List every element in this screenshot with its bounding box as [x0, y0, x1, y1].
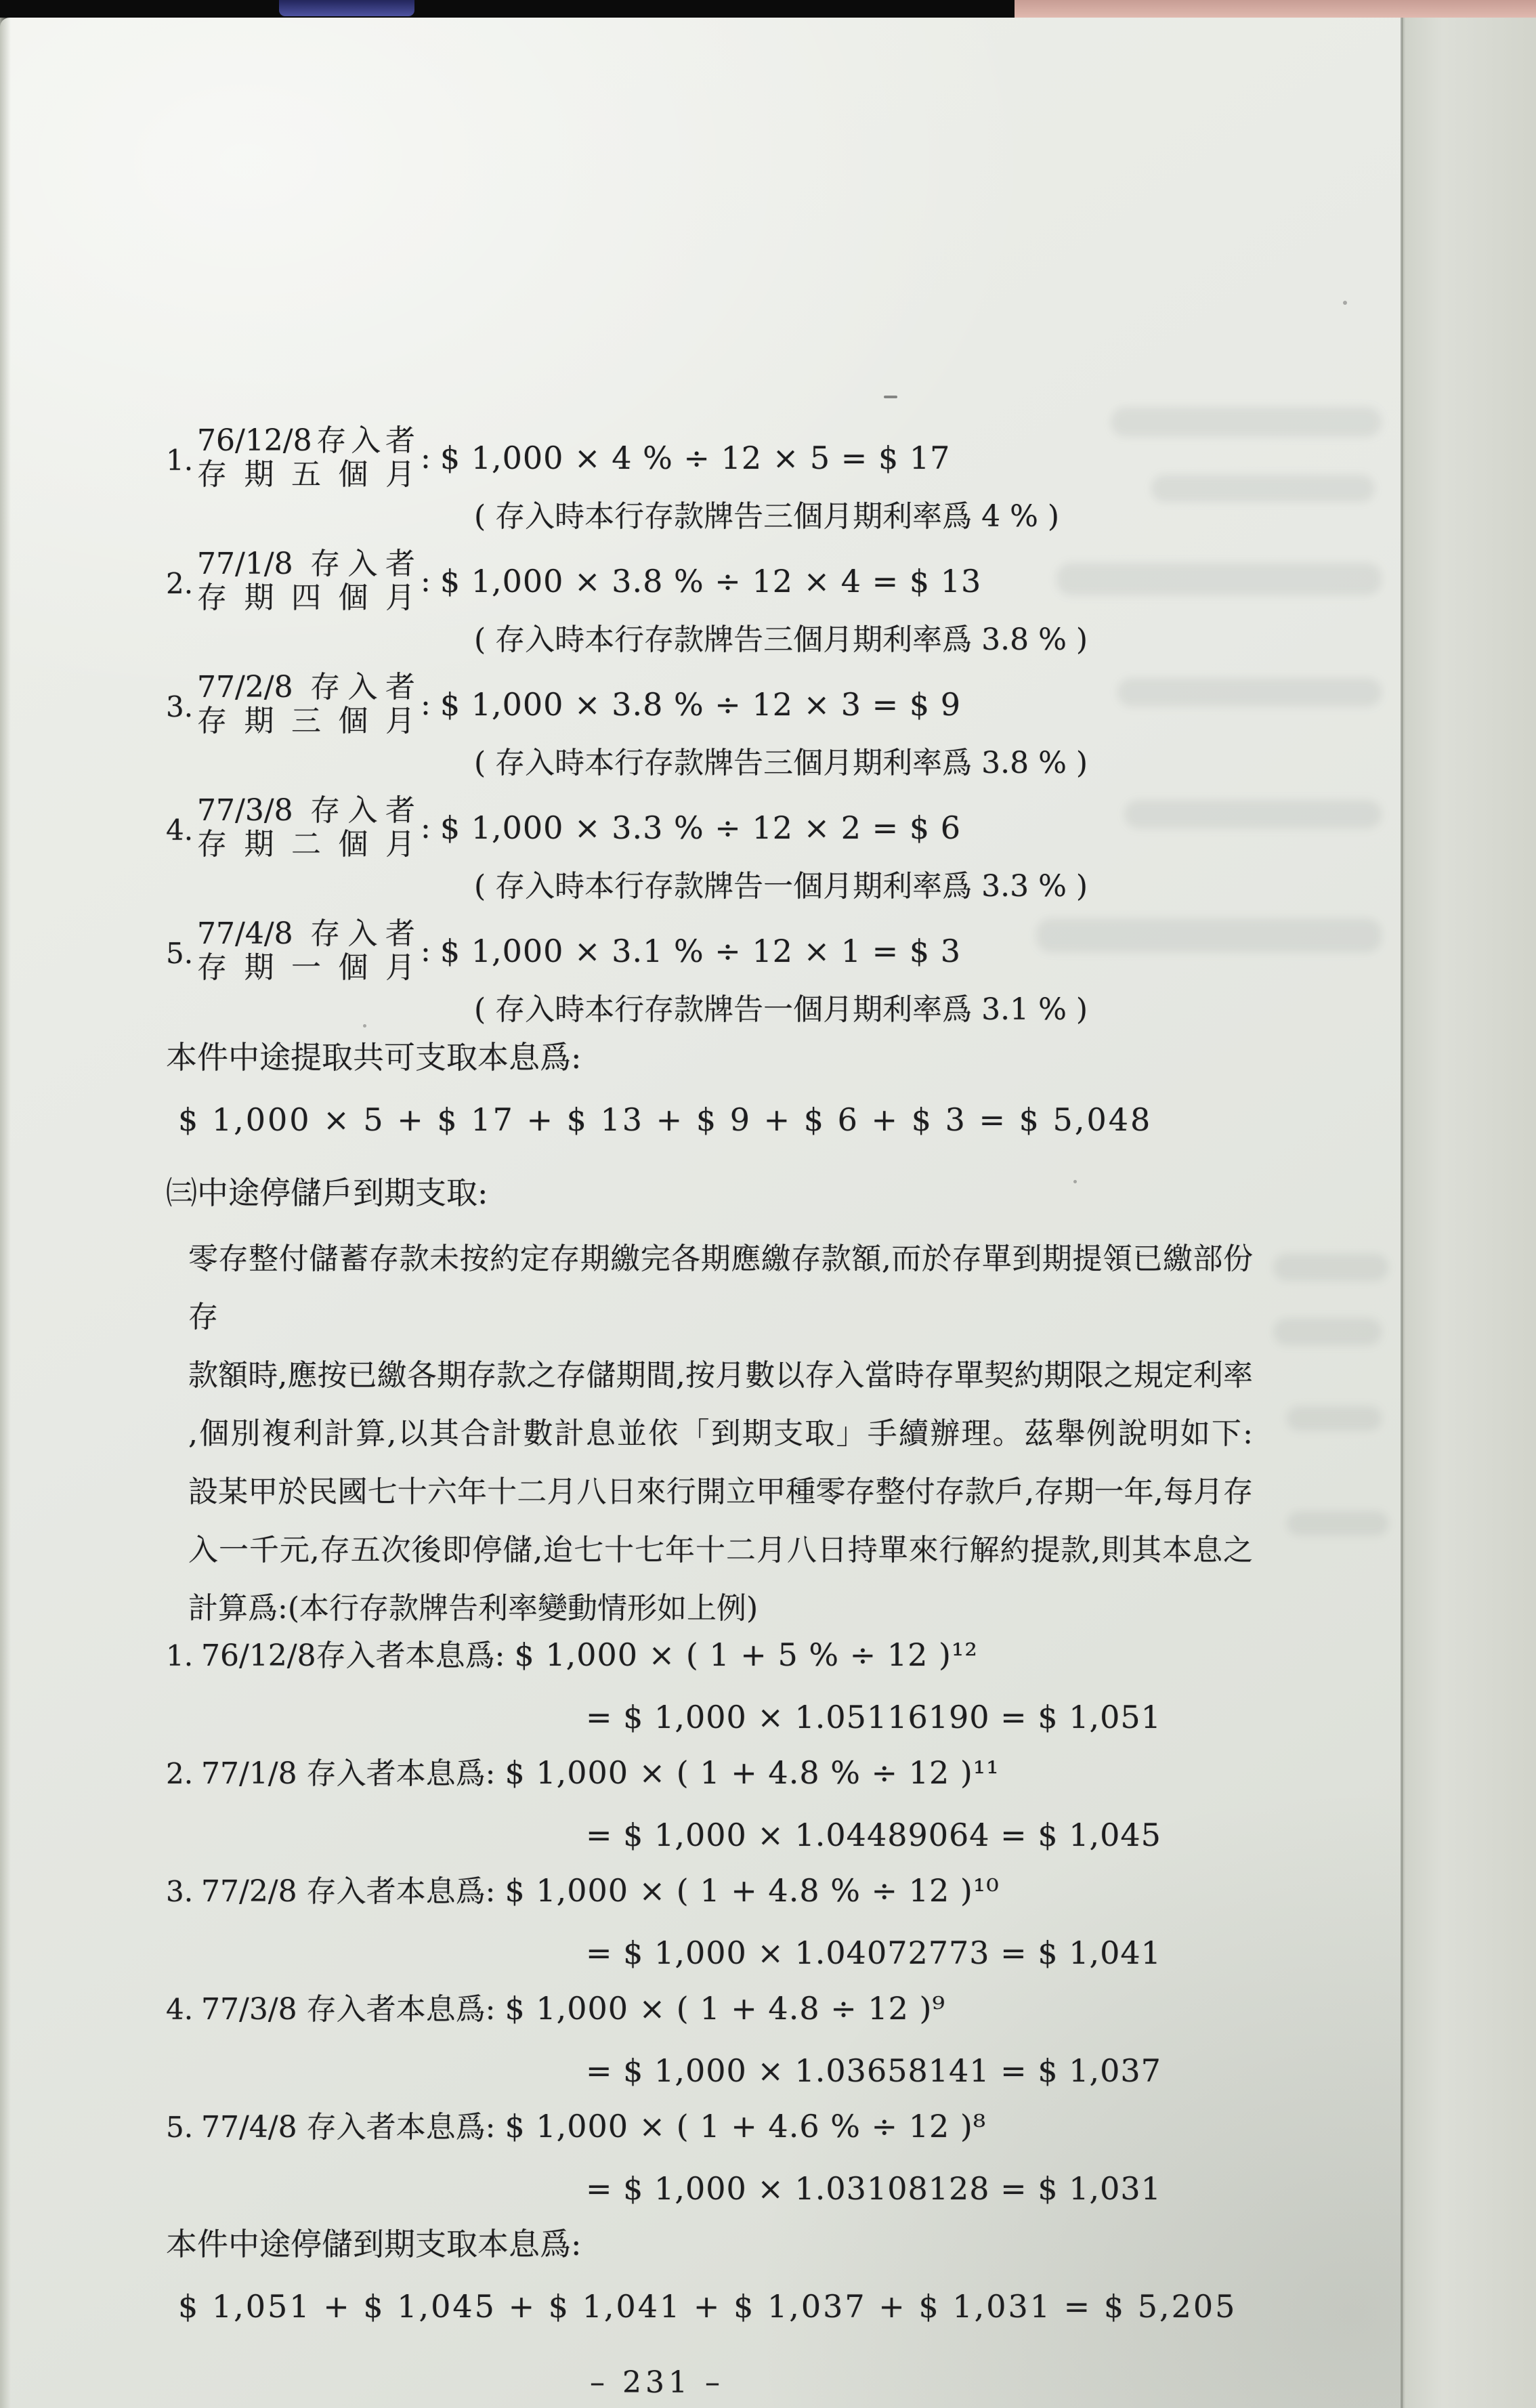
compound-result: = $ 1,000 × 1.03658141 = $ 1,037 — [586, 2054, 1250, 2088]
posted-rate-note: ( 存入時本行存款牌告三個月期利率爲 3.8 % ) — [474, 623, 1250, 657]
part1-summary-formula: $ 1,000 × 5 + $ 17 + $ 13 + $ 9 + $ 6 + … — [178, 1103, 1250, 1137]
deposit-date-line: 77/1/8 存入者 — [197, 547, 415, 581]
item-number: 3. — [166, 686, 197, 723]
deposit-item-label: 77/2/8 存入者 存期三個月 — [197, 671, 415, 738]
deposit-item-4: 4. 77/3/8 存入者 存期二個月 : $ 1,000 × 3.3 % ÷ … — [166, 794, 1250, 904]
maturity-item-4: 4. 77/3/8 存入者本息爲: $ 1,000 × ( 1 + 4.8 ÷ … — [166, 1991, 1250, 2088]
deposit-item-3: 3. 77/2/8 存入者 存期三個月 : $ 1,000 × 3.8 % ÷ … — [166, 671, 1250, 780]
compound-result: = $ 1,000 × 1.04489064 = $ 1,045 — [586, 1818, 1250, 1852]
page-text-block: 1. 76/12/8存入者 存期五個月 : $ 1,000 × 4 % ÷ 12… — [166, 407, 1250, 2400]
compound-result: = $ 1,000 × 1.04072773 = $ 1,041 — [586, 1936, 1250, 1970]
bleed-through-mark — [1287, 1406, 1382, 1431]
paragraph-line: 零存整付儲蓄存款未按約定存期繳完各期應繳存款額,而於存單到期提領已繳部份存 — [188, 1230, 1253, 1347]
paragraph-line: 入一千元,存五次後即停儲,迨七十七年十二月八日持單來行解約提款,則其本息之 — [188, 1521, 1253, 1580]
item-number: 3. — [166, 1875, 201, 1909]
page-number: – 231 – — [166, 2365, 1250, 2400]
deposit-date-line: 77/4/8 存入者 — [197, 917, 415, 951]
part2-summary-formula: $ 1,051 + $ 1,045 + $ 1,041 + $ 1,037 + … — [178, 2289, 1250, 2323]
item-number: 1. — [166, 1639, 201, 1673]
label-colon: : — [421, 934, 431, 969]
item-number: 2. — [166, 563, 197, 599]
deposit-item-label: 77/3/8 存入者 存期二個月 — [197, 794, 415, 862]
label-colon: : — [421, 564, 431, 599]
deposit-period-line: 存期五個月 — [197, 458, 415, 492]
item-number: 2. — [166, 1757, 201, 1791]
section-3-marker: ㈢ — [166, 1175, 197, 1211]
maturity-item-label: 77/1/8 存入者本息爲: — [201, 1757, 495, 1791]
part2-summary-title: 本件中途停儲到期支取本息爲: — [166, 2227, 1250, 2261]
item-number: 4. — [166, 1993, 201, 2027]
maturity-item-row: 1. 76/12/8存入者本息爲: $ 1,000 × ( 1 + 5 % ÷ … — [166, 1638, 1250, 1673]
deposit-date-line: 76/12/8存入者 — [197, 424, 415, 458]
maturity-item-1: 1. 76/12/8存入者本息爲: $ 1,000 × ( 1 + 5 % ÷ … — [166, 1638, 1250, 1734]
interest-formula: $ 1,000 × 3.8 % ÷ 12 × 3 = $ 9 — [440, 686, 961, 723]
maturity-item-row: 3. 77/2/8 存入者本息爲: $ 1,000 × ( 1 + 4.8 % … — [166, 1874, 1250, 1909]
deposit-item-row: 4. 77/3/8 存入者 存期二個月 : $ 1,000 × 3.3 % ÷ … — [166, 794, 1250, 862]
left-page-edge — [0, 18, 11, 2408]
maturity-item-label: 76/12/8存入者本息爲: — [201, 1639, 505, 1673]
stray-ink-mark — [884, 396, 897, 398]
maturity-item-label: 77/3/8 存入者本息爲: — [201, 1993, 495, 2027]
deposit-item-row: 1. 76/12/8存入者 存期五個月 : $ 1,000 × 4 % ÷ 12… — [166, 424, 1250, 492]
section-3-paragraph: 零存整付儲蓄存款未按約定存期繳完各期應繳存款額,而於存單到期提領已繳部份存 款額… — [166, 1230, 1250, 1638]
deposit-period-line: 存期三個月 — [197, 704, 415, 738]
deposit-item-label: 77/1/8 存入者 存期四個月 — [197, 547, 415, 615]
maturity-item-row: 4. 77/3/8 存入者本息爲: $ 1,000 × ( 1 + 4.8 ÷ … — [166, 1991, 1250, 2027]
compound-formula: $ 1,000 × ( 1 + 4.8 % ÷ 12 )¹⁰ — [505, 1874, 999, 1907]
right-page-stack-edge — [1402, 18, 1536, 2408]
posted-rate-note: ( 存入時本行存款牌告一個月期利率爲 3.1 % ) — [474, 993, 1250, 1027]
compound-formula: $ 1,000 × ( 1 + 4.8 ÷ 12 )⁹ — [505, 1991, 945, 2025]
paragraph-line: 款額時,應按已繳各期存款之存儲期間,按月數以存入當時存單契約期限之規定利率 — [188, 1347, 1253, 1405]
bleed-through-mark — [1273, 1254, 1388, 1281]
item-number: 5. — [166, 2111, 201, 2145]
interest-formula: $ 1,000 × 3.3 % ÷ 12 × 2 = $ 6 — [440, 809, 961, 846]
item-number: 4. — [166, 809, 197, 846]
interest-formula: $ 1,000 × 3.1 % ÷ 12 × 1 = $ 3 — [440, 933, 961, 969]
paper-page: 1. 76/12/8存入者 存期五個月 : $ 1,000 × 4 % ÷ 12… — [0, 18, 1536, 2408]
deposit-item-label: 76/12/8存入者 存期五個月 — [197, 424, 415, 492]
dust-speck — [1343, 301, 1347, 305]
posted-rate-note: ( 存入時本行存款牌告三個月期利率爲 4 % ) — [474, 500, 1250, 534]
maturity-item-label: 77/4/8 存入者本息爲: — [201, 2111, 495, 2145]
part1-summary-title: 本件中途提取共可支取本息爲: — [166, 1040, 1250, 1074]
label-colon: : — [421, 688, 431, 722]
section-3-heading-text: 中途停儲戶到期支取: — [197, 1175, 488, 1211]
deposit-period-line: 存期四個月 — [197, 581, 415, 615]
maturity-item-2: 2. 77/1/8 存入者本息爲: $ 1,000 × ( 1 + 4.8 % … — [166, 1756, 1250, 1852]
label-colon: : — [421, 811, 431, 845]
scanned-book-page: { "colors": { "paper": "#e7e9e4", "ink":… — [0, 0, 1536, 2408]
book-spine-blue — [279, 0, 414, 16]
bleed-through-mark — [1273, 1318, 1382, 1345]
compound-formula: $ 1,000 × ( 1 + 4.8 % ÷ 12 )¹¹ — [505, 1756, 999, 1790]
maturity-item-3: 3. 77/2/8 存入者本息爲: $ 1,000 × ( 1 + 4.8 % … — [166, 1874, 1250, 1970]
bleed-through-mark — [1287, 1511, 1388, 1536]
maturity-item-row: 5. 77/4/8 存入者本息爲: $ 1,000 × ( 1 + 4.6 % … — [166, 2109, 1250, 2145]
interest-formula: $ 1,000 × 3.8 % ÷ 12 × 4 = $ 13 — [440, 563, 981, 599]
paragraph-line: 計算爲:(本行存款牌告利率變動情形如上例) — [188, 1580, 1253, 1638]
right-page-edge-line — [1401, 18, 1403, 2408]
deposit-item-2: 2. 77/1/8 存入者 存期四個月 : $ 1,000 × 3.8 % ÷ … — [166, 547, 1250, 657]
maturity-item-label: 77/2/8 存入者本息爲: — [201, 1875, 495, 1909]
deposit-period-line: 存期二個月 — [197, 828, 415, 862]
deposit-date-line: 77/3/8 存入者 — [197, 794, 415, 828]
section-3-heading: ㈢中途停儲戶到期支取: — [166, 1176, 1250, 1210]
deposit-item-row: 5. 77/4/8 存入者 存期一個月 : $ 1,000 × 3.1 % ÷ … — [166, 917, 1250, 985]
label-colon: : — [421, 441, 431, 476]
deposit-item-row: 2. 77/1/8 存入者 存期四個月 : $ 1,000 × 3.8 % ÷ … — [166, 547, 1250, 615]
deposit-item-row: 3. 77/2/8 存入者 存期三個月 : $ 1,000 × 3.8 % ÷ … — [166, 671, 1250, 738]
compound-result: = $ 1,000 × 1.05116190 = $ 1,051 — [586, 1700, 1250, 1734]
deposit-item-label: 77/4/8 存入者 存期一個月 — [197, 917, 415, 985]
paragraph-line: ,個別複利計算,以其合計數計息並依「到期支取」手續辦理。茲舉例說明如下: — [188, 1405, 1253, 1463]
compound-result: = $ 1,000 × 1.03108128 = $ 1,031 — [586, 2172, 1250, 2205]
deposit-period-line: 存期一個月 — [197, 951, 415, 985]
deposit-date-line: 77/2/8 存入者 — [197, 671, 415, 704]
maturity-item-row: 2. 77/1/8 存入者本息爲: $ 1,000 × ( 1 + 4.8 % … — [166, 1756, 1250, 1791]
book-fore-edge-pink — [1015, 0, 1536, 18]
paragraph-line: 設某甲於民國七十六年十二月八日來行開立甲種零存整付存款戶,存期一年,每月存 — [188, 1463, 1253, 1521]
interest-formula: $ 1,000 × 4 % ÷ 12 × 5 = $ 17 — [440, 440, 951, 476]
compound-formula: $ 1,000 × ( 1 + 4.6 % ÷ 12 )⁸ — [505, 2109, 986, 2143]
maturity-item-5: 5. 77/4/8 存入者本息爲: $ 1,000 × ( 1 + 4.6 % … — [166, 2109, 1250, 2205]
deposit-item-1: 1. 76/12/8存入者 存期五個月 : $ 1,000 × 4 % ÷ 12… — [166, 424, 1250, 534]
posted-rate-note: ( 存入時本行存款牌告一個月期利率爲 3.3 % ) — [474, 870, 1250, 904]
compound-formula: $ 1,000 × ( 1 + 5 % ÷ 12 )¹² — [514, 1638, 977, 1672]
item-number: 1. — [166, 440, 197, 476]
deposit-item-5: 5. 77/4/8 存入者 存期一個月 : $ 1,000 × 3.1 % ÷ … — [166, 917, 1250, 1027]
posted-rate-note: ( 存入時本行存款牌告三個月期利率爲 3.8 % ) — [474, 746, 1250, 780]
item-number: 5. — [166, 933, 197, 969]
